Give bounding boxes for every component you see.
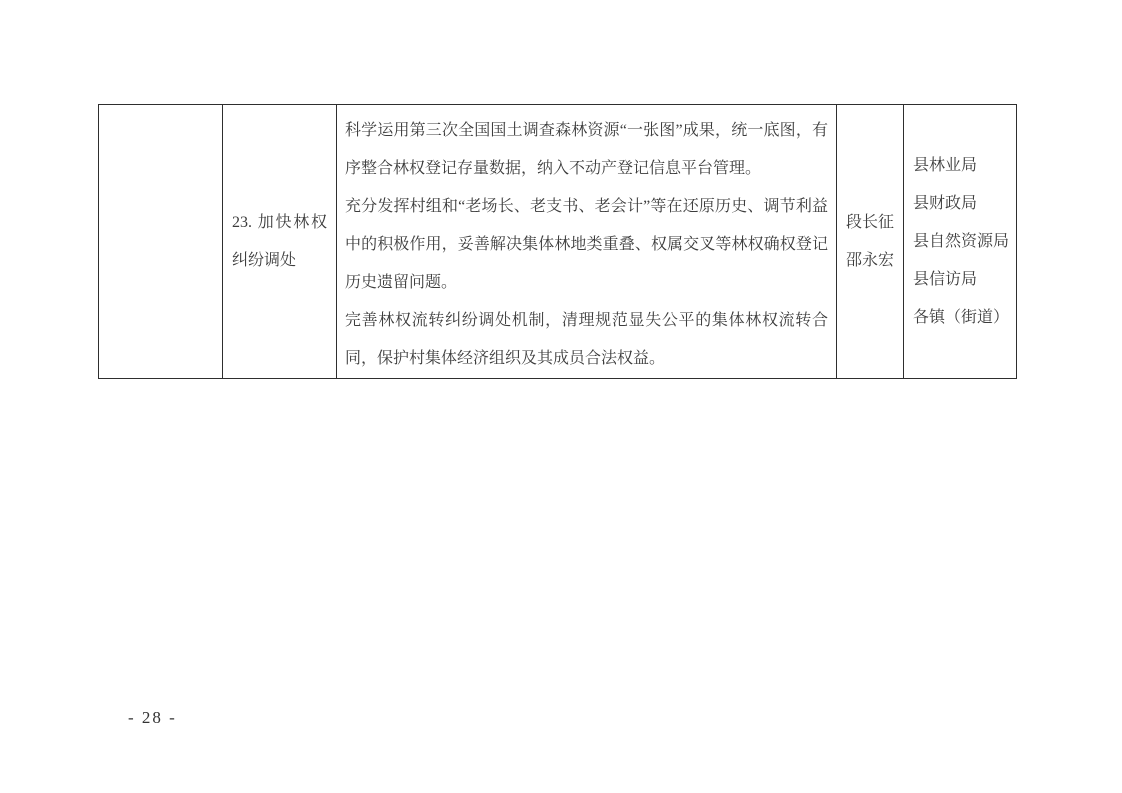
table-row: 23. 加快林权纠纷调处 科学运用第三次全国国土调查森林资源“一张图”成果，统一…: [99, 105, 1017, 379]
responsible-name: 段长征: [838, 204, 902, 242]
document-page: 23. 加快林权纠纷调处 科学运用第三次全国国土调查森林资源“一张图”成果，统一…: [0, 0, 1122, 793]
unit-name: 县财政局: [913, 185, 1015, 223]
category-cell: [99, 105, 223, 379]
task-cell: 23. 加快林权纠纷调处: [223, 105, 337, 379]
unit-name: 县林业局: [913, 147, 1015, 185]
unit-name: 各镇（街道）: [913, 299, 1015, 337]
task-table: 23. 加快林权纠纷调处 科学运用第三次全国国土调查森林资源“一张图”成果，统一…: [98, 104, 1017, 379]
units-cell: 县林业局 县财政局 县自然资源局 县信访局 各镇（街道）: [904, 105, 1017, 379]
task-label: 23. 加快林权纠纷调处: [232, 204, 327, 280]
page-number: - 28 -: [128, 708, 177, 728]
measure-paragraph: 完善林权流转纠纷调处机制，清理规范显失公平的集体林权流转合同，保护村集体经济组织…: [345, 302, 828, 378]
measure-paragraph: 充分发挥村组和“老场长、老支书、老会计”等在还原历史、调节利益中的积极作用，妥善…: [345, 188, 828, 302]
unit-name: 县信访局: [913, 261, 1015, 299]
responsible-cell: 段长征 邵永宏: [837, 105, 904, 379]
unit-name: 县自然资源局: [913, 223, 1015, 261]
responsible-name: 邵永宏: [838, 242, 902, 280]
measures-cell: 科学运用第三次全国国土调查森林资源“一张图”成果，统一底图，有序整合林权登记存量…: [337, 105, 837, 379]
measure-paragraph: 科学运用第三次全国国土调查森林资源“一张图”成果，统一底图，有序整合林权登记存量…: [345, 112, 828, 188]
